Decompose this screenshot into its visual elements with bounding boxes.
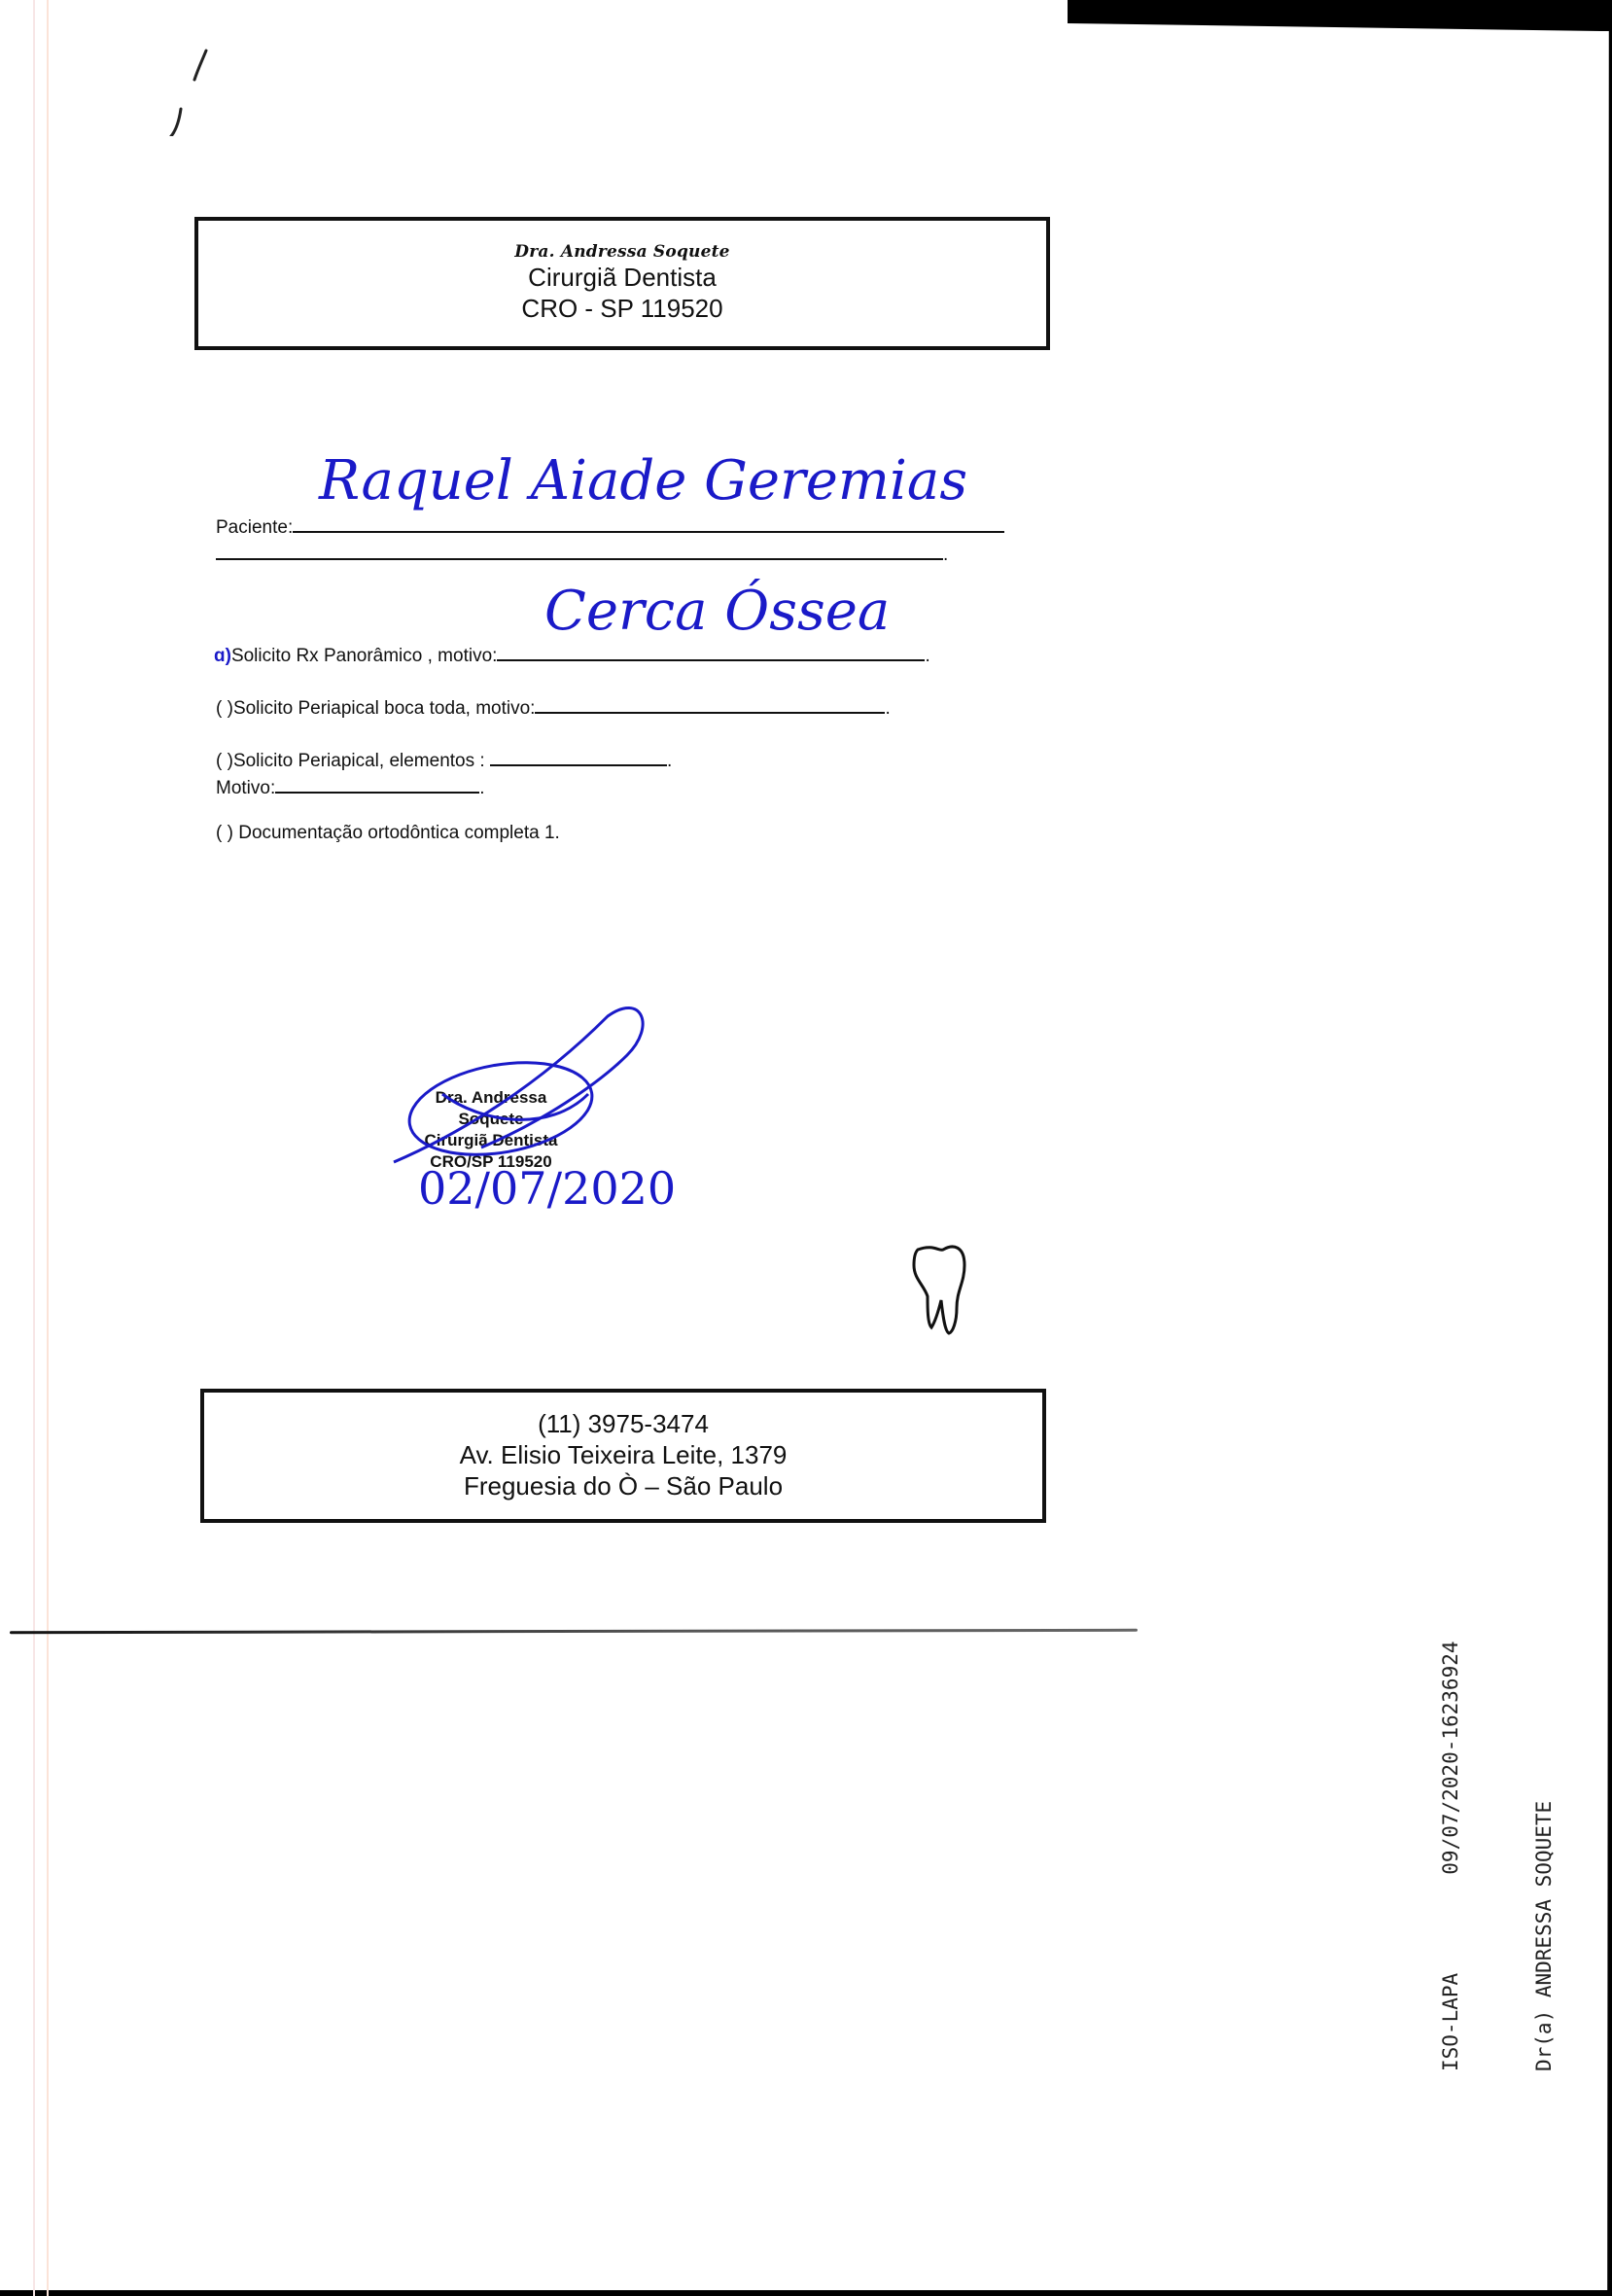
motivo-label: Motivo: [216, 778, 275, 798]
patient-field: Paciente: [216, 513, 1004, 539]
signature-scribble [384, 987, 656, 1182]
lab-stamp: ISO-LAPA 09/07/2020-16236924 Dr(a) ANDRE… [1373, 1641, 1612, 2071]
request-ortho-docs: ( ) Documentação ortodôntica completa 1. [216, 823, 560, 844]
checkbox-checked: ɑ) [214, 646, 231, 666]
request-periapical-full: ( )Solicito Periapical boca toda, motivo… [216, 694, 891, 720]
doctor-name: Dra. Andressa Soquete [198, 242, 1046, 262]
request-label: Solicito Periapical boca toda, motivo: [233, 698, 536, 719]
patient-field-line2: . [216, 541, 948, 566]
page-fold-line [10, 1629, 1138, 1634]
scan-border [0, 2290, 1612, 2296]
clinic-phone: (11) 3975-3474 [204, 1408, 1042, 1439]
patient-name-handwritten: Raquel Aiade Geremias [319, 449, 967, 512]
panoramic-reason-handwritten: Cerca Óssea [544, 580, 890, 643]
clinic-address: Av. Elisio Teixeira Leite, 1379 [204, 1439, 1042, 1470]
checkbox-empty: ( ) [216, 823, 233, 843]
scan-streak [33, 0, 35, 2296]
lab-stamp-line: ISO-LAPA 09/07/2020-16236924 [1435, 1641, 1466, 2071]
doctor-registry: CRO - SP 119520 [198, 293, 1046, 324]
request-label: Documentação ortodôntica completa 1. [238, 823, 560, 843]
lab-stamp-line: Dr(a) ANDRESSA SOQUETE [1528, 1641, 1559, 2071]
patient-label: Paciente: [216, 517, 293, 538]
tooth-icon [904, 1240, 972, 1337]
clinic-footer-box: (11) 3975-3474 Av. Elisio Teixeira Leite… [200, 1389, 1046, 1523]
signature-date-handwritten: 02/07/2020 [418, 1162, 676, 1215]
doctor-title: Cirurgiã Dentista [198, 262, 1046, 293]
request-panoramic: ɑ)Solicito Rx Panorâmico , motivo:. [214, 642, 930, 667]
scan-streak [47, 0, 49, 2296]
request-label: Solicito Periapical, elementos : [233, 751, 485, 771]
clinic-city: Freguesia do Ò – São Paulo [204, 1470, 1042, 1501]
doctor-header-box: Dra. Andressa Soquete Cirurgiã Dentista … [194, 217, 1050, 350]
scan-border [1068, 0, 1612, 31]
periapical-motivo: Motivo:. [216, 774, 485, 799]
pen-mark [165, 39, 224, 136]
checkbox-empty: ( ) [216, 698, 233, 719]
request-label: Solicito Rx Panorâmico , motivo: [231, 646, 498, 666]
checkbox-empty: ( ) [216, 751, 233, 771]
request-periapical-elements: ( )Solicito Periapical, elementos : . [216, 747, 672, 772]
